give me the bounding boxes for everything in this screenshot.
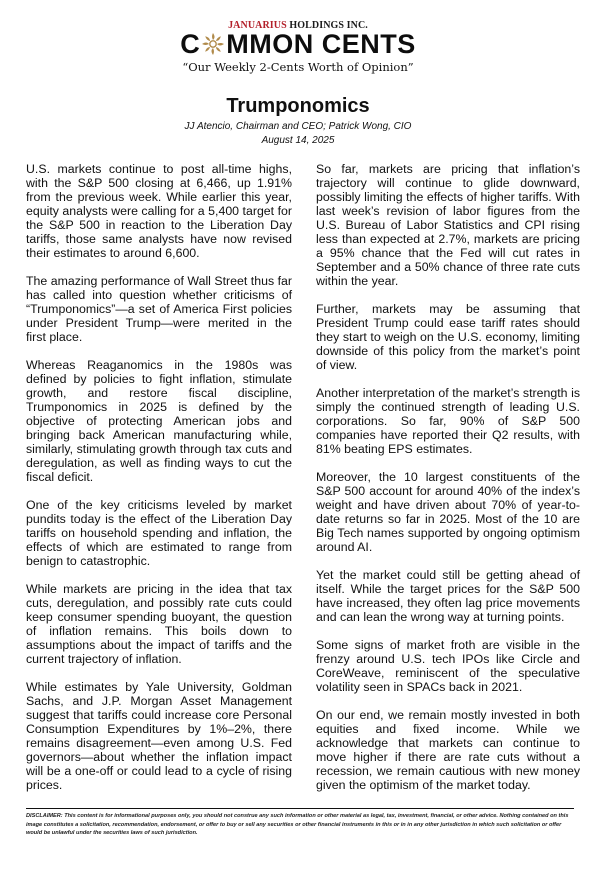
- paragraph: U.S. markets continue to post all-time h…: [26, 162, 292, 260]
- brand-prefix: C: [180, 29, 200, 59]
- paragraph: Yet the market could still be getting ah…: [316, 568, 580, 624]
- paragraph: One of the key criticisms leveled by mar…: [26, 498, 292, 568]
- paragraph: While estimates by Yale University, Gold…: [26, 680, 292, 792]
- gold-swirl-coin-icon: [201, 32, 225, 56]
- paragraph: The amazing performance of Wall Street t…: [26, 274, 292, 344]
- paragraph: Another interpretation of the market’s s…: [316, 386, 580, 456]
- article-authors: JJ Atencio, Chairman and CEO; Patrick Wo…: [0, 121, 596, 132]
- left-column: U.S. markets continue to post all-time h…: [26, 162, 292, 806]
- disclaimer: DISCLAIMER: This content is for informat…: [26, 812, 576, 838]
- paragraph: While markets are pricing in the idea th…: [26, 582, 292, 666]
- paragraph: Further, markets may be assuming that Pr…: [316, 302, 580, 372]
- paragraph: On our end, we remain mostly invested in…: [316, 708, 580, 792]
- paragraph: Whereas Reaganomics in the 1980s was def…: [26, 358, 292, 484]
- footer-divider: [26, 808, 574, 809]
- brand-suffix: MMON CENTS: [226, 29, 416, 59]
- paragraph: So far, markets are pricing that inflati…: [316, 162, 580, 288]
- newsletter-logo: C MMON CENTS: [0, 29, 596, 59]
- article-title: Trumponomics: [0, 95, 596, 118]
- paragraph: Some signs of market froth are visible i…: [316, 638, 580, 694]
- right-column: So far, markets are pricing that inflati…: [316, 162, 580, 806]
- tagline: “Our Weekly 2-Cents Worth of Opinion”: [0, 60, 596, 74]
- paragraph: Moreover, the 10 largest constituents of…: [316, 470, 580, 554]
- article-date: August 14, 2025: [0, 135, 596, 146]
